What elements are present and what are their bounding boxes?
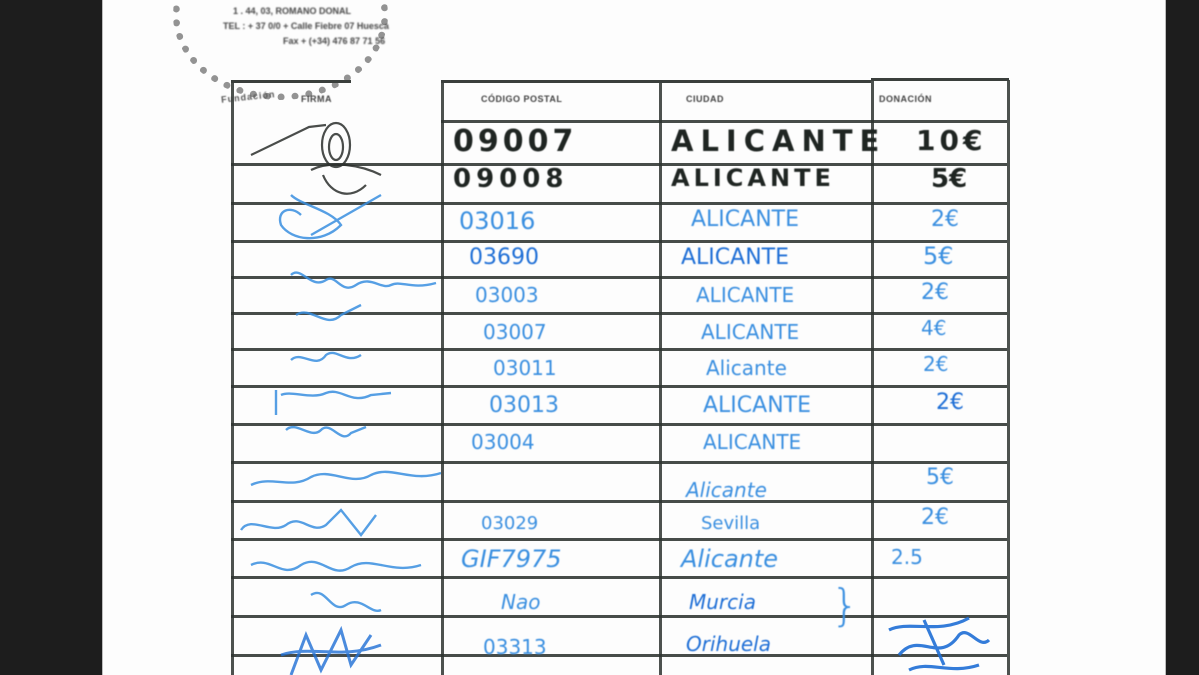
cell-codigo-postal: 03013 — [489, 393, 559, 418]
cell-codigo-postal: 03011 — [493, 356, 557, 380]
letterhead-line-3: Fax + (+34) 476 87 71 56 — [283, 34, 389, 49]
cell-ciudad: ALICANTE — [671, 124, 886, 158]
header-top-rule — [231, 80, 351, 83]
cell-ciudad: ALICANTE — [696, 283, 794, 307]
letterhead: 1 . 44, 03, ROMANO DONAL TEL : + 37 0/0 … — [223, 4, 389, 49]
header-top-rule — [871, 78, 1009, 81]
left-dark-border — [0, 0, 102, 675]
header-ciudad: CIUDAD — [686, 94, 724, 104]
row-rule — [441, 120, 1007, 123]
cell-ciudad: ALICANTE — [701, 320, 799, 344]
column-rule — [659, 80, 662, 675]
cell-codigo-postal: 03029 — [481, 513, 538, 534]
right-dark-border — [1166, 0, 1199, 675]
cell-codigo-postal: GIF7975 — [461, 545, 562, 573]
cell-ciudad: Alicante — [686, 478, 767, 502]
cell-codigo-postal: 03313 — [483, 635, 547, 659]
cell-ciudad: Murcia — [689, 590, 756, 614]
letterhead-line-2: TEL : + 37 0/0 + Calle Fiebre 07 Huesca — [223, 19, 389, 34]
donation-scribble — [879, 610, 999, 675]
cell-ciudad: Orihuela — [686, 632, 771, 656]
cell-codigo-postal: 03003 — [475, 283, 539, 307]
cell-donacion: 5€ — [923, 242, 954, 270]
cell-codigo-postal: 03016 — [459, 207, 535, 235]
cell-ciudad: Alicante — [681, 545, 778, 573]
header-donacion: DONACIÓN — [879, 94, 932, 104]
column-rule — [441, 80, 444, 675]
letterhead-line-1: 1 . 44, 03, ROMANO DONAL — [233, 4, 389, 19]
cell-donacion: 2€ — [921, 280, 949, 305]
cell-codigo-postal: 09008 — [453, 164, 568, 194]
cell-codigo-postal: 03690 — [469, 245, 539, 270]
cell-ciudad: ALICANTE — [671, 164, 835, 192]
cell-donacion: 2€ — [923, 352, 948, 376]
cell-ciudad: Sevilla — [701, 513, 760, 534]
cell-donacion: 2€ — [936, 390, 964, 415]
cell-ciudad: ALICANTE — [703, 393, 811, 418]
brace-mark: } — [831, 580, 859, 631]
header-top-rule — [441, 80, 871, 83]
cell-donacion: 5€ — [931, 164, 967, 194]
cell-ciudad: ALICANTE — [703, 430, 801, 454]
cell-codigo-postal: 03004 — [471, 430, 535, 454]
signature-scribbles — [231, 115, 441, 675]
cell-donacion: 10€ — [916, 124, 986, 157]
cell-codigo-postal: 03007 — [483, 320, 547, 344]
cell-donacion: 2.5 — [891, 545, 923, 569]
cell-ciudad: Alicante — [706, 356, 787, 380]
cell-codigo-postal: Nao — [501, 590, 540, 614]
scanned-page: Fundación 1 . 44, 03, ROMANO DONAL TEL :… — [102, 0, 1166, 675]
cell-donacion: 2€ — [921, 505, 949, 530]
cell-donacion: 2€ — [931, 207, 959, 232]
cell-codigo-postal: 09007 — [453, 124, 577, 159]
cell-donacion: 5€ — [926, 465, 954, 490]
cell-donacion: 4€ — [921, 316, 946, 340]
column-rule — [871, 80, 874, 675]
cell-ciudad: ALICANTE — [691, 207, 799, 232]
cell-ciudad: ALICANTE — [681, 245, 789, 270]
donation-table: FIRMA CÓDIGO POSTAL CIUDAD DONACIÓN 0900… — [231, 80, 1009, 675]
column-rule — [1007, 80, 1010, 675]
header-codigo-postal: CÓDIGO POSTAL — [481, 94, 562, 104]
header-firma: FIRMA — [301, 94, 332, 104]
